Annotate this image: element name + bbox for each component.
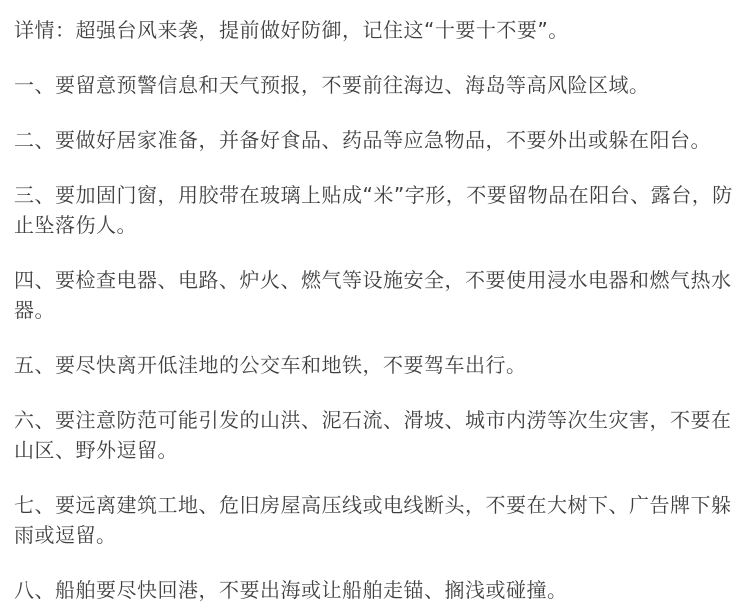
rule-item-8: 八、船舶要尽快回港，不要出海或让船舶走锚、搁浅或碰撞。: [14, 575, 735, 605]
rule-item-1: 一、要留意预警信息和天气预报，不要前往海边、海岛等高风险区域。: [14, 70, 735, 100]
rule-item-6: 六、要注意防范可能引发的山洪、泥石流、滑坡、城市内涝等次生灾害，不要在山区、野外…: [14, 405, 735, 465]
rule-item-5: 五、要尽快离开低洼地的公交车和地铁，不要驾车出行。: [14, 350, 735, 380]
rule-item-2: 二、要做好居家准备，并备好食品、药品等应急物品，不要外出或躲在阳台。: [14, 125, 735, 155]
detail-intro-paragraph: 详情：超强台风来袭，提前做好防御，记住这“十要十不要”。: [14, 15, 735, 45]
document-page: 详情：超强台风来袭，提前做好防御，记住这“十要十不要”。 一、要留意预警信息和天…: [0, 0, 749, 609]
article-body: 详情：超强台风来袭，提前做好防御，记住这“十要十不要”。 一、要留意预警信息和天…: [0, 0, 749, 605]
rule-item-7: 七、要远离建筑工地、危旧房屋高压线或电线断头，不要在大树下、广告牌下躲雨或逗留。: [14, 490, 735, 550]
rule-item-3: 三、要加固门窗，用胶带在玻璃上贴成“米”字形，不要留物品在阳台、露台，防止坠落伤…: [14, 180, 735, 240]
rule-item-4: 四、要检查电器、电路、炉火、燃气等设施安全，不要使用浸水电器和燃气热水器。: [14, 265, 735, 325]
